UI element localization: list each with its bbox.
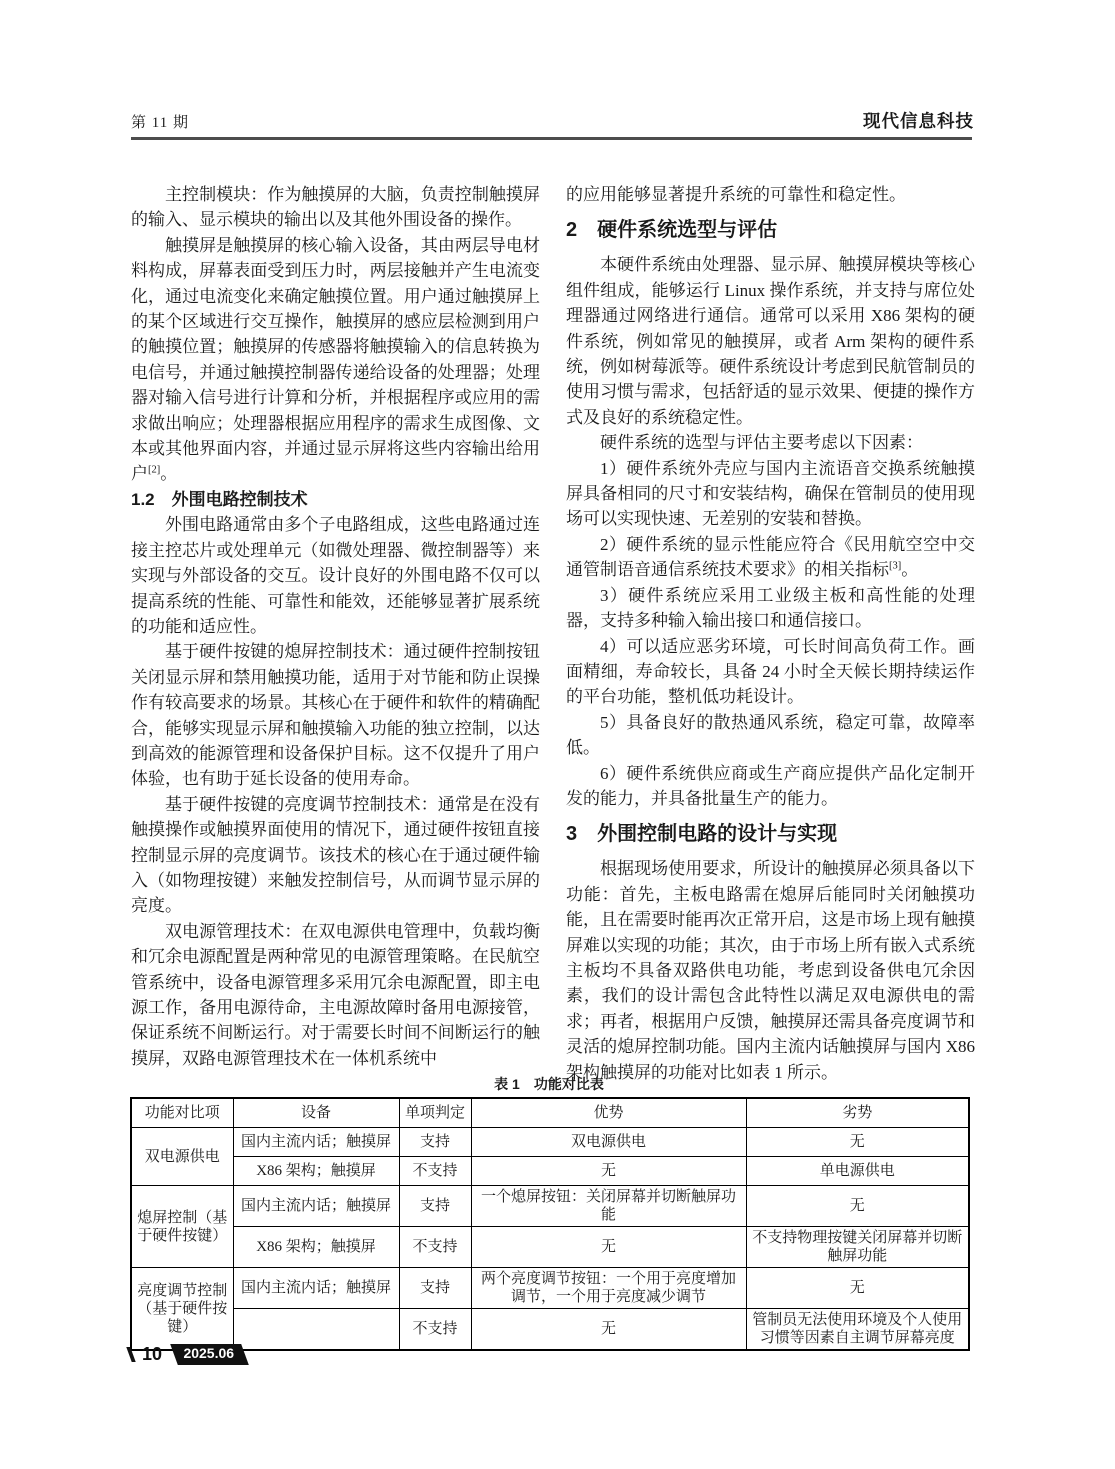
paragraph: 2）硬件系统的显示性能应符合《民用航空空中交通管制语音通信系统技术要求》的相关指… xyxy=(566,532,975,583)
table-header-cell: 劣势 xyxy=(746,1098,969,1128)
table-cell: 无 xyxy=(746,1268,969,1309)
table-cell: 无 xyxy=(471,1157,746,1186)
paragraph: 6）硬件系统供应商或生产商应提供产品化定制开发的能力，并具备批量生产的能力。 xyxy=(566,761,975,812)
table-header-cell: 优势 xyxy=(471,1098,746,1128)
paragraph: 双电源管理技术：在双电源供电管理中，负载均衡和冗余电源配置是两种常见的电源管理策… xyxy=(131,919,540,1071)
table-cell: 双电源供电 xyxy=(471,1128,746,1157)
table-cell: X86 架构；触摸屏 xyxy=(233,1157,399,1186)
journal-page: 第 11 期 现代信息科技 主控制模块：作为触摸屏的大脑，负责控制触摸屏的输入、… xyxy=(0,0,1115,1469)
comparison-table-body: 双电源供电国内主流内话；触摸屏支持双电源供电无X86 架构；触摸屏不支持无单电源… xyxy=(131,1128,969,1351)
table-header-cell: 功能对比项 xyxy=(131,1098,233,1128)
header-rule xyxy=(131,137,972,140)
table-cell: X86 架构；触摸屏 xyxy=(233,1227,399,1268)
article-column-right: 的应用能够显著提升系统的可靠性和稳定性。2 硬件系统选型与评估本硬件系统由处理器… xyxy=(566,182,975,1085)
paragraph: 本硬件系统由处理器、显示屏、触摸屏模块等核心组件组成，能够运行 Linux 操作… xyxy=(566,252,975,430)
page-number: 10 xyxy=(142,1344,162,1365)
paragraph: 1）硬件系统外壳应与国内主流语音交换系统触摸屏具备相同的尺寸和安装结构，确保在管… xyxy=(566,456,975,532)
table-header-cell: 设备 xyxy=(233,1098,399,1128)
comparison-table: 功能对比项设备单项判定优势劣势 双电源供电国内主流内话；触摸屏支持双电源供电无X… xyxy=(130,1097,970,1351)
paragraph: 根据现场使用要求，所设计的触摸屏必须具备以下功能：首先，主板电路需在熄屏后能同时… xyxy=(566,856,975,1085)
citation-marker: [2] xyxy=(148,465,160,476)
paragraph: 4）可以适应恶劣环境，可长时间高负荷工作。画面精细，寿命较长，具备 24 小时全… xyxy=(566,634,975,710)
page-footer: 10 2025.06 xyxy=(129,1344,245,1365)
paragraph: 外围电路通常由多个子电路组成，这些电路通过连接主控芯片或处理单元（如微处理器、微… xyxy=(131,512,540,639)
table-cell: 不支持物理按键关闭屏幕并切断触屏功能 xyxy=(746,1227,969,1268)
issue-date-badge: 2025.06 xyxy=(170,1344,248,1365)
table-cell: 两个亮度调节按钮：一个用于亮度增加调节，一个用于亮度减少调节 xyxy=(471,1268,746,1309)
table-cell: 支持 xyxy=(399,1186,471,1227)
paragraph: 3）硬件系统应采用工业级主板和高性能的处理器，支持多种输入输出接口和通信接口。 xyxy=(566,583,975,634)
table-cell: 国内主流内话；触摸屏 xyxy=(233,1186,399,1227)
paragraph: 主控制模块：作为触摸屏的大脑，负责控制触摸屏的输入、显示模块的输出以及其他外围设… xyxy=(131,182,540,233)
paragraph: 的应用能够显著提升系统的可靠性和稳定性。 xyxy=(566,182,975,207)
citation-marker: [3] xyxy=(889,561,901,572)
paragraph: 基于硬件按键的熄屏控制技术：通过硬件控制按钮关闭显示屏和禁用触摸功能，适用于对节… xyxy=(131,639,540,791)
table-row: 亮度调节控制（基于硬件按键）国内主流内话；触摸屏支持两个亮度调节按钮：一个用于亮… xyxy=(131,1268,969,1309)
table-cell: 管制员无法使用环境及个人使用习惯等因素自主调节屏幕亮度 xyxy=(746,1309,969,1351)
paragraph: 基于硬件按键的亮度调节控制技术：通常是在没有触摸操作或触摸界面使用的情况下，通过… xyxy=(131,792,540,919)
comparison-table-section: 表 1 功能对比表 功能对比项设备单项判定优势劣势 双电源供电国内主流内话；触摸… xyxy=(130,1076,968,1351)
table-cell: 无 xyxy=(746,1128,969,1157)
table-cell xyxy=(233,1309,399,1351)
comparison-table-header-row: 功能对比项设备单项判定优势劣势 xyxy=(131,1098,969,1128)
paragraph: 触摸屏是触摸屏的核心输入设备，其由两层导电材料构成，屏幕表面受到压力时，两层接触… xyxy=(131,233,540,487)
table-cell: 单电源供电 xyxy=(746,1157,969,1186)
section-heading: 3 外围控制电路的设计与实现 xyxy=(566,820,975,848)
table-row: 不支持无管制员无法使用环境及个人使用习惯等因素自主调节屏幕亮度 xyxy=(131,1309,969,1351)
table-row: 双电源供电国内主流内话；触摸屏支持双电源供电无 xyxy=(131,1128,969,1157)
article-column-left: 主控制模块：作为触摸屏的大脑，负责控制触摸屏的输入、显示模块的输出以及其他外围设… xyxy=(131,182,540,1071)
section-heading: 2 硬件系统选型与评估 xyxy=(566,216,975,244)
table-cell: 无 xyxy=(471,1227,746,1268)
table-cell: 国内主流内话；触摸屏 xyxy=(233,1128,399,1157)
table-row: 熄屏控制（基于硬件按键）国内主流内话；触摸屏支持一个熄屏按钮：关闭屏幕并切断触屏… xyxy=(131,1186,969,1227)
paragraph: 硬件系统的选型与评估主要考虑以下因素： xyxy=(566,430,975,455)
table-cell: 无 xyxy=(746,1186,969,1227)
table-row: X86 架构；触摸屏不支持无不支持物理按键关闭屏幕并切断触屏功能 xyxy=(131,1227,969,1268)
journal-name: 现代信息科技 xyxy=(863,108,974,133)
issue-date-text: 2025.06 xyxy=(183,1345,234,1361)
table-cell: 国内主流内话；触摸屏 xyxy=(233,1268,399,1309)
table-cell: 支持 xyxy=(399,1128,471,1157)
issue-label: 第 11 期 xyxy=(131,111,189,132)
table-item-cell: 亮度调节控制（基于硬件按键） xyxy=(131,1268,233,1351)
table-title: 表 1 功能对比表 xyxy=(130,1076,968,1093)
table-row: X86 架构；触摸屏不支持无单电源供电 xyxy=(131,1157,969,1186)
table-cell: 无 xyxy=(471,1309,746,1351)
subsection-heading: 1.2 外围电路控制技术 xyxy=(131,487,540,512)
table-cell: 支持 xyxy=(399,1268,471,1309)
table-cell: 不支持 xyxy=(399,1157,471,1186)
table-cell: 不支持 xyxy=(399,1309,471,1351)
table-cell: 不支持 xyxy=(399,1227,471,1268)
footer-slash-mark xyxy=(126,1347,135,1362)
table-cell: 一个熄屏按钮：关闭屏幕并切断触屏功能 xyxy=(471,1186,746,1227)
paragraph: 5）具备良好的散热通风系统，稳定可靠，故障率低。 xyxy=(566,710,975,761)
table-header-cell: 单项判定 xyxy=(399,1098,471,1128)
table-item-cell: 熄屏控制（基于硬件按键） xyxy=(131,1186,233,1268)
table-item-cell: 双电源供电 xyxy=(131,1128,233,1186)
